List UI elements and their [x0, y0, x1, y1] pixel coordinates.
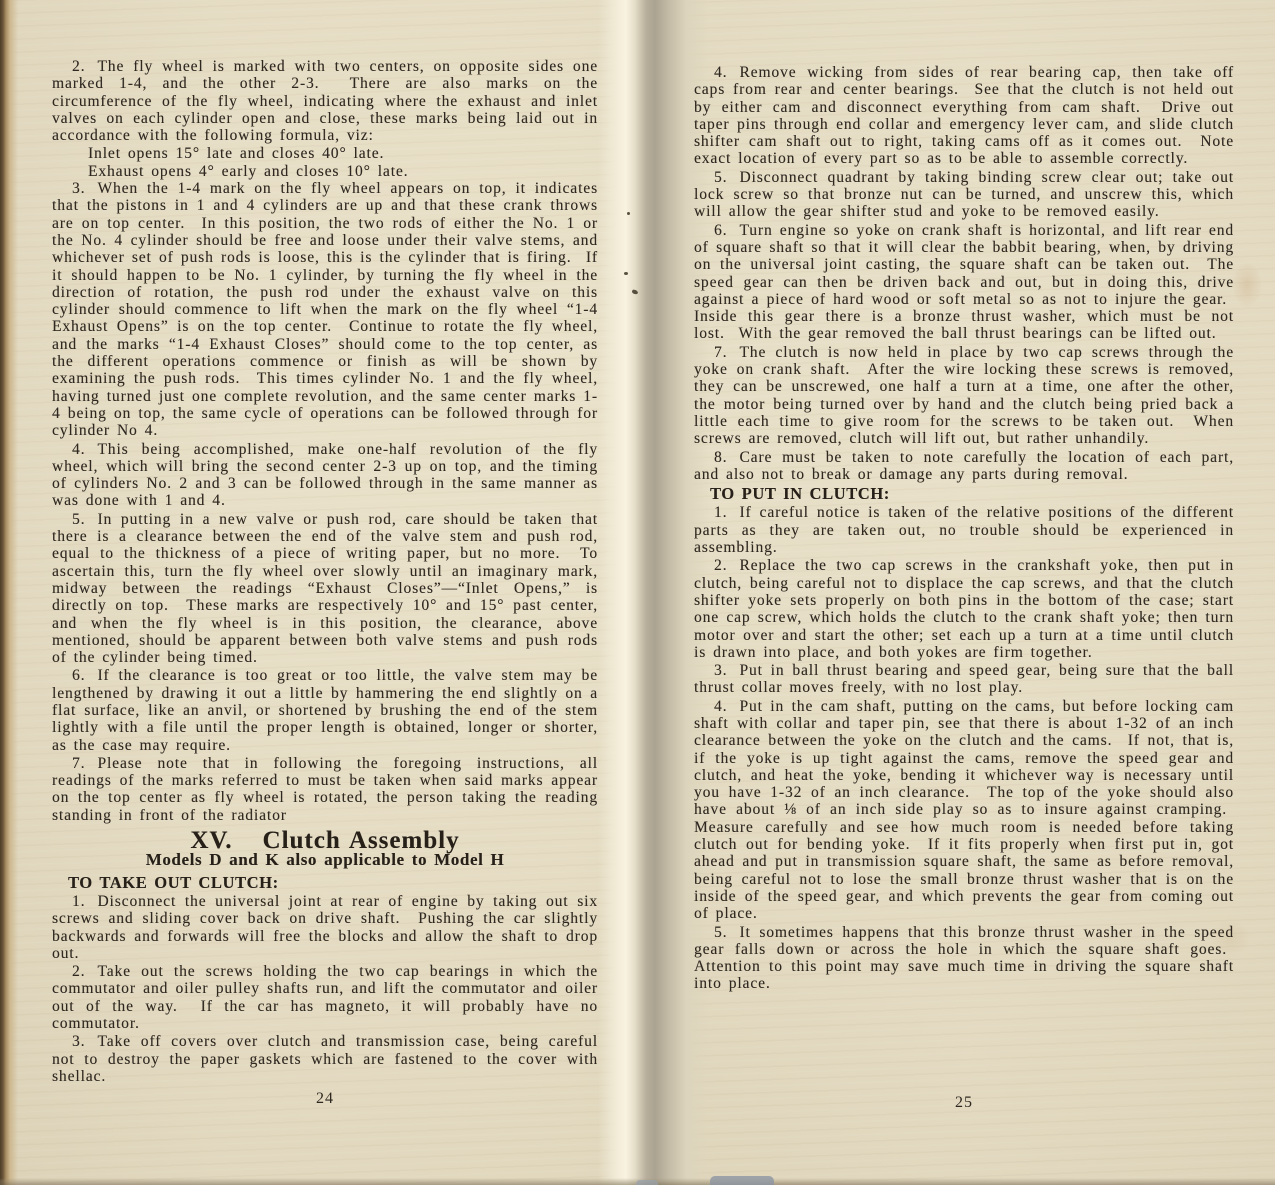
- paper-stain: [1232, 262, 1262, 308]
- paper-speck: [624, 272, 628, 275]
- paragraph-text: It sometimes happens that this bronze th…: [694, 924, 1234, 993]
- paragraph-number: 1.: [714, 504, 739, 521]
- paragraph-6: 6.If the clearance is too great or too l…: [52, 667, 598, 753]
- paragraph-number: 4.: [714, 698, 739, 715]
- page-24-text-column: 2.The fly wheel is marked with two cente…: [52, 58, 598, 1086]
- paper-speck: [627, 212, 630, 215]
- paragraph-text: The fly wheel is marked with two centers…: [52, 58, 598, 144]
- paragraph-number: 7.: [72, 755, 97, 772]
- formula-exhaust: Exhaust opens 4° early and closes 10° la…: [52, 163, 598, 180]
- paragraph-text: Take out the screws holding the two cap …: [52, 963, 598, 1032]
- paragraph-4: 4.Remove wicking from sides of rear bear…: [694, 64, 1234, 168]
- paragraph-number: 2.: [72, 58, 97, 75]
- section-heading-put-in-clutch: TO PUT IN CLUTCH:: [694, 485, 1234, 502]
- put-in-step-4: 4.Put in the cam shaft, putting on the c…: [694, 698, 1234, 923]
- paragraph-number: 3.: [72, 1033, 97, 1050]
- paragraph-number: 5.: [714, 169, 739, 186]
- page-25-text-column: 4.Remove wicking from sides of rear bear…: [694, 64, 1234, 994]
- paragraph-2: 2.The fly wheel is marked with two cente…: [52, 58, 598, 144]
- chapter-subheading: Models D and K also applicable to Model …: [52, 851, 598, 868]
- paragraph-4: 4.This being accomplished, make one-half…: [52, 441, 598, 510]
- chapter-heading: XV.Clutch Assembly: [52, 832, 598, 849]
- left-page-edge: [0, 0, 18, 1185]
- paragraph-text: Take off covers over clutch and transmis…: [52, 1033, 598, 1085]
- paragraph-number: 5.: [714, 924, 739, 941]
- paragraph-text: Please note that in following the forego…: [52, 755, 598, 824]
- paragraph-number: 6.: [72, 667, 97, 684]
- book-scan: 2.The fly wheel is marked with two cente…: [0, 0, 1275, 1185]
- paragraph-text: Turn engine so yoke on crank shaft is ho…: [694, 222, 1234, 343]
- paragraph-text: Put in the cam shaft, putting on the cam…: [694, 698, 1234, 923]
- paragraph-text: Remove wicking from sides of rear bearin…: [694, 64, 1234, 167]
- paragraph-number: 7.: [714, 344, 739, 361]
- paragraph-number: 4.: [714, 64, 739, 81]
- clutch-step-3: 3.Take off covers over clutch and transm…: [52, 1033, 598, 1085]
- paragraph-7: 7.The clutch is now held in place by two…: [694, 344, 1234, 448]
- binding-mark: [710, 1176, 774, 1185]
- paragraph-text: Replace the two cap screws in the cranks…: [694, 557, 1234, 660]
- paragraph-number: 3.: [72, 180, 97, 197]
- binding-mark: [636, 1180, 658, 1185]
- paragraph-text: This being accomplished, make one-half r…: [52, 441, 598, 510]
- put-in-step-5: 5.It sometimes happens that this bronze …: [694, 924, 1234, 993]
- paragraph-text: If the clearance is too great or too lit…: [52, 667, 598, 753]
- paragraph-text: Disconnect quadrant by taking binding sc…: [694, 169, 1234, 221]
- paragraph-number: 2.: [72, 963, 97, 980]
- formula-inlet: Inlet opens 15° late and closes 40° late…: [52, 145, 598, 162]
- page-number-25: 25: [694, 1094, 1234, 1112]
- paragraph-number: 6.: [714, 222, 739, 239]
- put-in-step-2: 2.Replace the two cap screws in the cran…: [694, 557, 1234, 661]
- paragraph-text: Disconnect the universal joint at rear o…: [52, 893, 598, 962]
- paragraph-number: 2.: [714, 557, 739, 574]
- paragraph-text: The clutch is now held in place by two c…: [694, 344, 1234, 447]
- section-heading-take-out-clutch: TO TAKE OUT CLUTCH:: [52, 874, 598, 891]
- paragraph-text: If careful notice is taken of the relati…: [694, 504, 1234, 556]
- paragraph-text: Care must be taken to note carefully the…: [694, 449, 1234, 483]
- paragraph-number: 1.: [72, 893, 97, 910]
- paragraph-number: 5.: [72, 511, 97, 528]
- paragraph-text: Put in ball thrust bearing and speed gea…: [694, 662, 1234, 696]
- paragraph-3: 3.When the 1-4 mark on the fly wheel app…: [52, 180, 598, 439]
- page-number-24: 24: [52, 1090, 598, 1108]
- put-in-step-3: 3.Put in ball thrust bearing and speed g…: [694, 662, 1234, 697]
- paragraph-7: 7.Please note that in following the fore…: [52, 755, 598, 824]
- paragraph-5: 5.Disconnect quadrant by taking binding …: [694, 169, 1234, 221]
- clutch-step-1: 1.Disconnect the universal joint at rear…: [52, 893, 598, 962]
- paragraph-6: 6.Turn engine so yoke on crank shaft is …: [694, 222, 1234, 343]
- put-in-step-1: 1.If careful notice is taken of the rela…: [694, 504, 1234, 556]
- paragraph-number: 4.: [72, 441, 97, 458]
- paragraph-number: 3.: [714, 662, 739, 679]
- paragraph-number: 8.: [714, 449, 739, 466]
- paragraph-text: In putting in a new valve or push rod, c…: [52, 511, 598, 666]
- paragraph-text: When the 1-4 mark on the fly wheel appea…: [52, 180, 598, 439]
- paragraph-5: 5.In putting in a new valve or push rod,…: [52, 511, 598, 667]
- paragraph-8: 8.Care must be taken to note carefully t…: [694, 449, 1234, 484]
- clutch-step-2: 2.Take out the screws holding the two ca…: [52, 963, 598, 1032]
